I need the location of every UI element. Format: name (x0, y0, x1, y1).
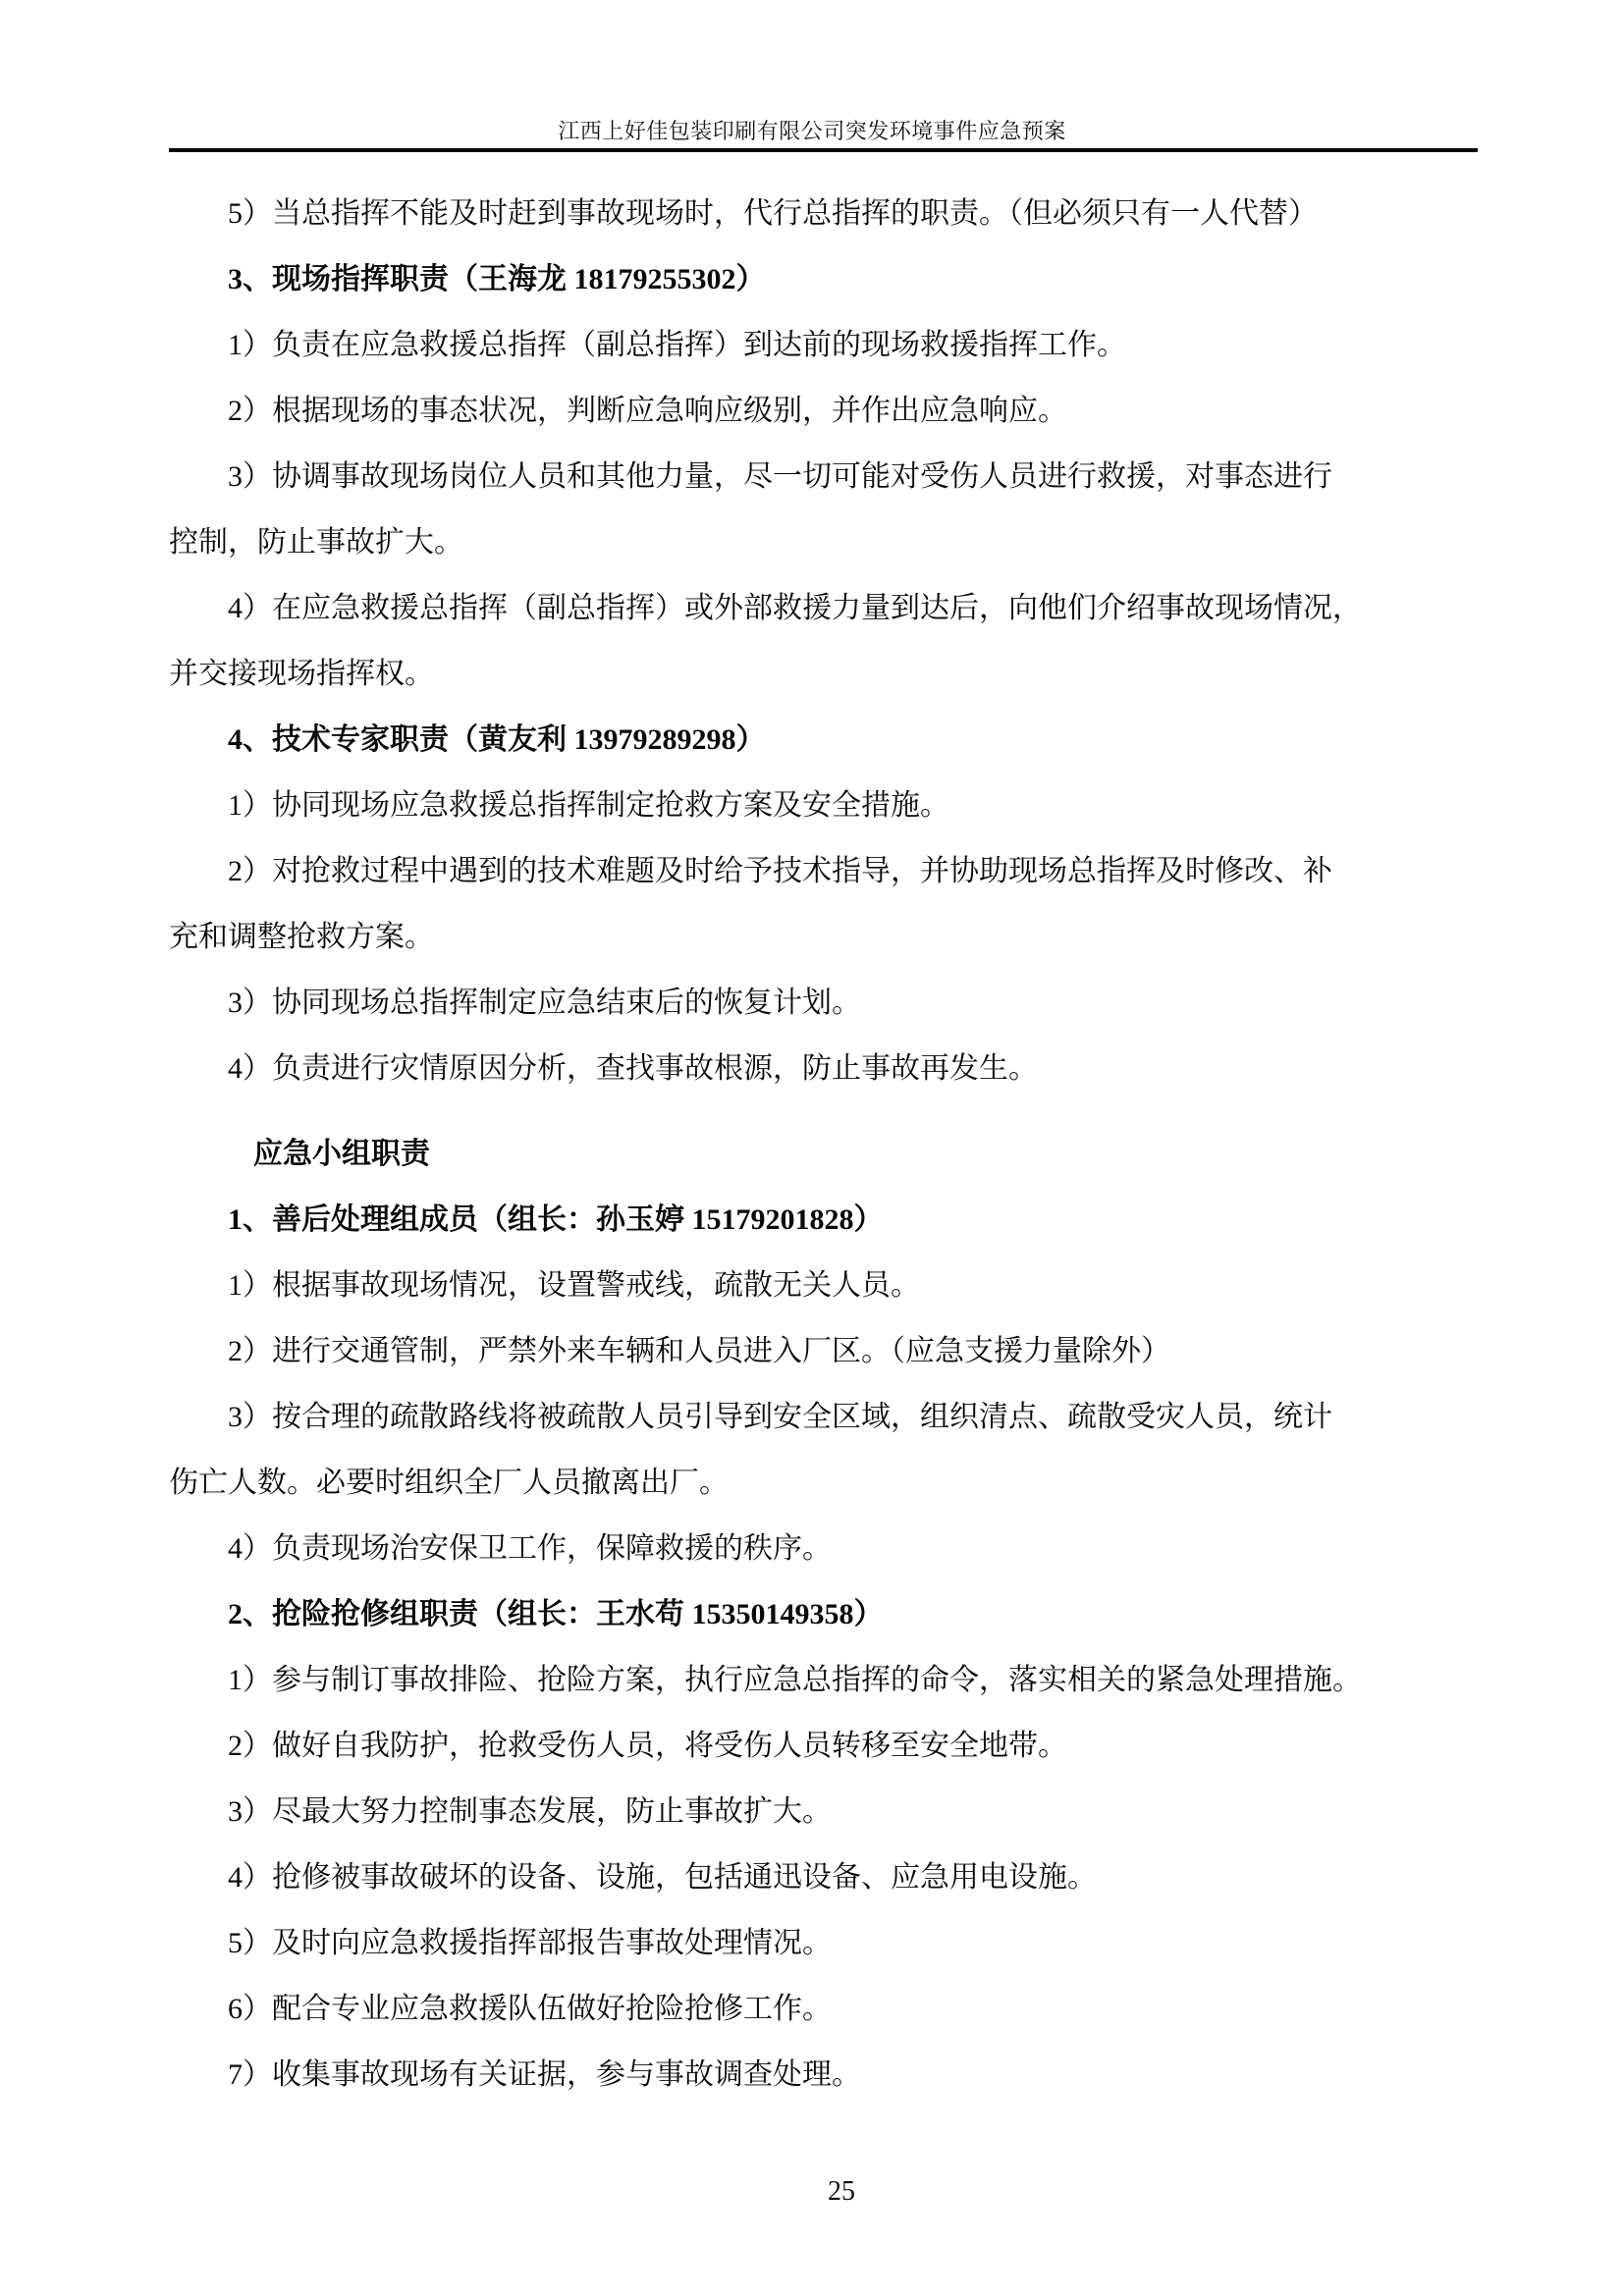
document-page: 江西上好佳包装印刷有限公司突发环境事件应急预案 5）当总指挥不能及时赶到事故现场… (0, 0, 1624, 2296)
paragraph-line: 2）对抢救过程中遇到的技术难题及时给予技术指导，并协助现场总指挥及时修改、补 (169, 838, 1473, 904)
paragraph-line: 4）负责进行灾情原因分析，查找事故根源，防止事故再发生。 (169, 1036, 1473, 1101)
paragraph-line: 4）抢修被事故破坏的设备、设施，包括通迅设备、应急用电设施。 (169, 1844, 1473, 1910)
document-body: 5）当总指挥不能及时赶到事故现场时，代行总指挥的职责。（但必须只有一人代替）3、… (169, 181, 1473, 2108)
paragraph-line: 3）按合理的疏散路线将被疏散人员引导到安全区域，组织清点、疏散受灾人员，统计 (169, 1384, 1473, 1450)
paragraph-line: 伤亡人数。必要时组织全厂人员撤离出厂。 (169, 1450, 1473, 1516)
paragraph-line: 3、现场指挥职责（王海龙 18179255302） (169, 246, 1473, 312)
page-header-title: 江西上好佳包装印刷有限公司突发环境事件应急预案 (0, 115, 1624, 145)
header-divider-rule (169, 148, 1478, 152)
paragraph-line: 1）参与制订事故排险、抢险方案，执行应急总指挥的命令，落实相关的紧急处理措施。 (169, 1647, 1473, 1713)
paragraph-line: 控制，防止事故扩大。 (169, 509, 1473, 575)
paragraph-line: 1）根据事故现场情况，设置警戒线，疏散无关人员。 (169, 1253, 1473, 1318)
paragraph-line: 4）在应急救援总指挥（副总指挥）或外部救援力量到达后，向他们介绍事故现场情况， (169, 575, 1473, 641)
paragraph-line: 7）收集事故现场有关证据，参与事故调查处理。 (169, 2042, 1473, 2108)
paragraph-line: 5）及时向应急救援指挥部报告事故处理情况。 (169, 1910, 1473, 1976)
paragraph-line: 3）尽最大努力控制事态发展，防止事故扩大。 (169, 1779, 1473, 1844)
paragraph-line: 3）协调事故现场岗位人员和其他力量，尽一切可能对受伤人员进行救援，对事态进行 (169, 444, 1473, 509)
paragraph-line: 1）负责在应急救援总指挥（副总指挥）到达前的现场救援指挥工作。 (169, 312, 1473, 378)
paragraph-line: 2）根据现场的事态状况，判断应急响应级别，并作出应急响应。 (169, 378, 1473, 444)
paragraph-line: 应急小组职责 (169, 1121, 1473, 1187)
paragraph-line: 并交接现场指挥权。 (169, 641, 1473, 707)
paragraph-line: 1）协同现场应急救援总指挥制定抢救方案及安全措施。 (169, 773, 1473, 838)
paragraph-line: 4、技术专家职责（黄友利 13979289298） (169, 707, 1473, 773)
paragraph-line: 2、抢险抢修组职责（组长：王水苟 15350149358） (169, 1581, 1473, 1647)
paragraph-line: 2）进行交通管制，严禁外来车辆和人员进入厂区。（应急支援力量除外） (169, 1318, 1473, 1384)
paragraph-line: 5）当总指挥不能及时赶到事故现场时，代行总指挥的职责。（但必须只有一人代替） (169, 181, 1473, 246)
page-number: 25 (29, 2176, 1624, 2208)
paragraph-line: 4）负责现场治安保卫工作，保障救援的秩序。 (169, 1516, 1473, 1581)
paragraph-line: 6）配合专业应急救援队伍做好抢险抢修工作。 (169, 1976, 1473, 2042)
paragraph-line: 1、善后处理组成员（组长：孙玉婷 15179201828） (169, 1187, 1473, 1253)
paragraph-line: 2）做好自我防护，抢救受伤人员，将受伤人员转移至安全地带。 (169, 1713, 1473, 1779)
paragraph-line: 充和调整抢救方案。 (169, 904, 1473, 970)
paragraph-line: 3）协同现场总指挥制定应急结束后的恢复计划。 (169, 970, 1473, 1036)
